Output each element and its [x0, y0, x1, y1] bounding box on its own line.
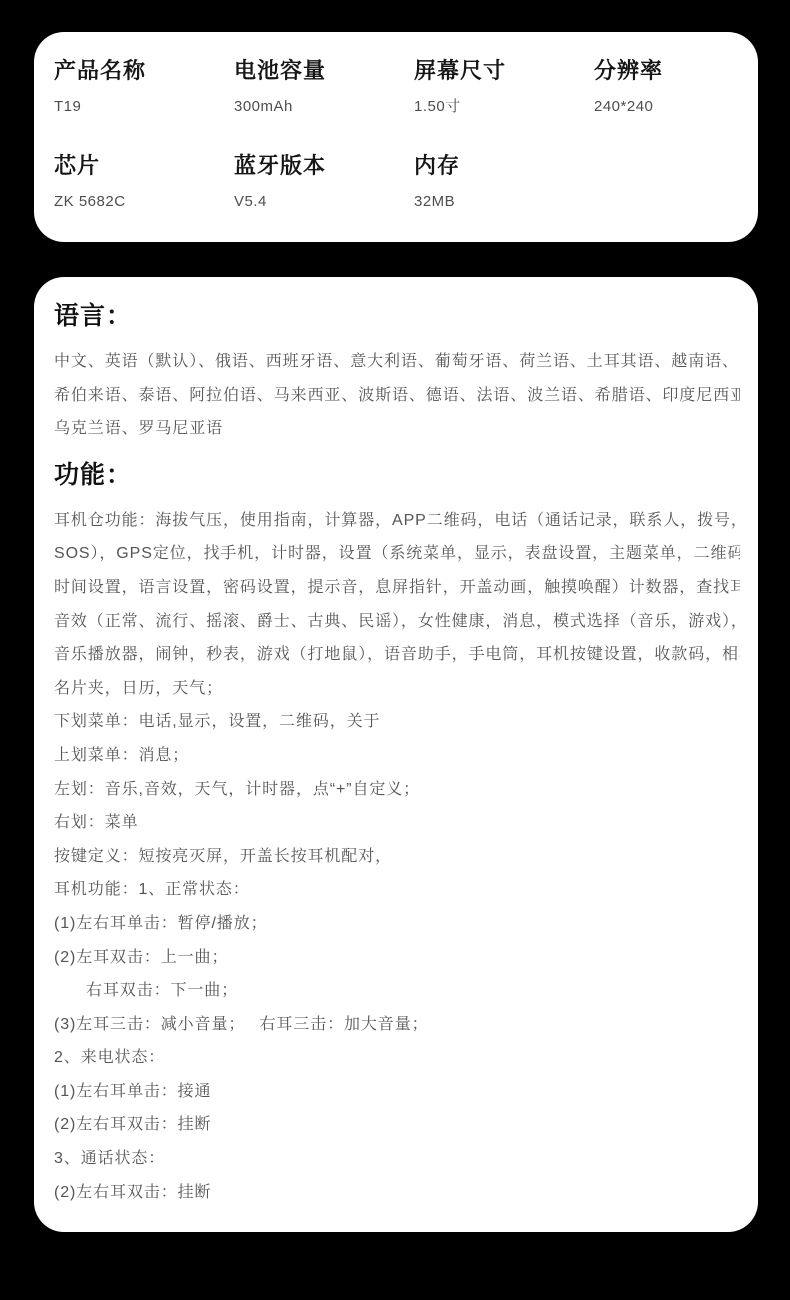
feature-line: 音乐播放器，闹钟，秒表，游戏（打地鼠），语音助手，手电筒，耳机按键设置，收款码，…: [54, 638, 740, 672]
spec-value-resolution: 240*240: [594, 97, 738, 117]
feature-line: 3、通话状态：: [54, 1142, 740, 1176]
spec-value-product-name: T19: [54, 97, 234, 117]
feature-line: (2)左右耳双击：挂断: [54, 1108, 740, 1142]
features-paragraph: 耳机仓功能：海拔气压，使用指南，计算器，APP二维码，电话（通话记录，联系人，拨…: [54, 504, 740, 1209]
feature-line: 右耳双击：下一曲；: [54, 974, 740, 1008]
feature-line: 按键定义：短按亮灭屏，开盖长按耳机配对，: [54, 840, 740, 874]
feature-line: (2)左右耳双击：挂断: [54, 1176, 740, 1210]
feature-line: 上划菜单：消息；: [54, 739, 740, 773]
feature-line: (1)左右耳单击：暂停/播放；: [54, 907, 740, 941]
language-line: 中文、英语（默认）、俄语、西班牙语、意大利语、葡萄牙语、荷兰语、土耳其语、越南语…: [54, 345, 740, 379]
spec-label-memory: 内存: [414, 153, 594, 179]
feature-line: (1)左右耳单击：接通: [54, 1075, 740, 1109]
language-line: 希伯来语、泰语、阿拉伯语、马来西亚、波斯语、德语、法语、波兰语、希腊语、印度尼西…: [54, 379, 740, 413]
product-spec-page: 产品名称 T19 电池容量 300mAh 屏幕尺寸 1.50寸 分辨率 240*…: [0, 0, 790, 1300]
spec-label-resolution: 分辨率: [594, 58, 738, 84]
feature-line: 耳机功能：1、正常状态：: [54, 873, 740, 907]
details-card: 语言： 中文、英语（默认）、俄语、西班牙语、意大利语、葡萄牙语、荷兰语、土耳其语…: [34, 277, 758, 1232]
spec-item-battery-capacity: 电池容量 300mAh: [234, 58, 414, 117]
spec-card: 产品名称 T19 电池容量 300mAh 屏幕尺寸 1.50寸 分辨率 240*…: [34, 32, 758, 242]
spec-label-bluetooth-version: 蓝牙版本: [234, 153, 414, 179]
feature-line: 耳机仓功能：海拔气压，使用指南，计算器，APP二维码，电话（通话记录，联系人，拨…: [54, 504, 740, 538]
spec-label-battery-capacity: 电池容量: [234, 58, 414, 84]
language-line: 乌克兰语、罗马尼亚语: [54, 412, 740, 446]
languages-paragraph: 中文、英语（默认）、俄语、西班牙语、意大利语、葡萄牙语、荷兰语、土耳其语、越南语…: [54, 345, 740, 446]
spec-label-product-name: 产品名称: [54, 58, 234, 84]
spec-item-chip: 芯片 ZK 5682C: [54, 153, 234, 212]
spec-value-screen-size: 1.50寸: [414, 97, 594, 117]
spec-value-battery-capacity: 300mAh: [234, 97, 414, 117]
feature-line: 2、来电状态：: [54, 1041, 740, 1075]
feature-line: (2)左耳双击：上一曲；: [54, 941, 740, 975]
spec-label-screen-size: 屏幕尺寸: [414, 58, 594, 84]
languages-heading: 语言：: [54, 301, 740, 331]
features-heading: 功能：: [54, 460, 740, 490]
spec-value-chip: ZK 5682C: [54, 192, 234, 212]
spec-label-chip: 芯片: [54, 153, 234, 179]
feature-line: 下划菜单：电话,显示，设置，二维码，关于: [54, 705, 740, 739]
spec-item-screen-size: 屏幕尺寸 1.50寸: [414, 58, 594, 117]
feature-line: 右划：菜单: [54, 806, 740, 840]
spec-item-bluetooth-version: 蓝牙版本 V5.4: [234, 153, 414, 212]
feature-line: 名片夹，日历，天气；: [54, 672, 740, 706]
spec-value-bluetooth-version: V5.4: [234, 192, 414, 212]
feature-line: (3)左耳三击：减小音量； 右耳三击：加大音量；: [54, 1008, 740, 1042]
feature-line: SOS），GPS定位，找手机，计时器，设置（系统菜单，显示，表盘设置，主题菜单，…: [54, 537, 740, 571]
feature-line: 左划：音乐,音效，天气，计时器，点“+”自定义；: [54, 773, 740, 807]
feature-line: 音效（正常、流行、摇滚、爵士、古典、民谣），女性健康，消息，模式选择（音乐，游戏…: [54, 605, 740, 639]
spec-item-memory: 内存 32MB: [414, 153, 594, 212]
spec-grid: 产品名称 T19 电池容量 300mAh 屏幕尺寸 1.50寸 分辨率 240*…: [54, 58, 738, 212]
spec-item-resolution: 分辨率 240*240: [594, 58, 738, 117]
spec-item-product-name: 产品名称 T19: [54, 58, 234, 117]
spec-value-memory: 32MB: [414, 192, 594, 212]
feature-line: 时间设置，语言设置，密码设置，提示音，息屏指针，开盖动画，触摸唤醒）计数器，查找…: [54, 571, 740, 605]
